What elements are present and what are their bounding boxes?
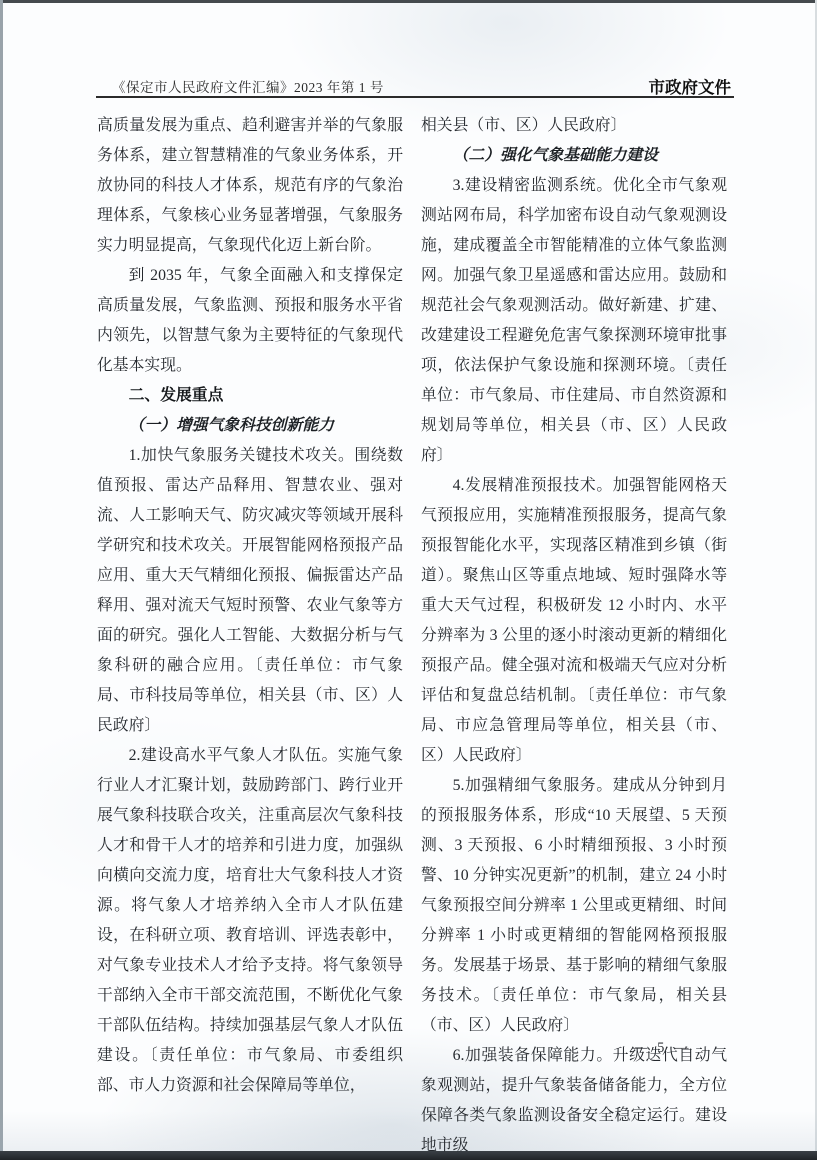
- subsection-heading-sci-tech-innovation: （一）增强气象科技创新能力: [97, 411, 403, 441]
- paragraph-item6-equipment-support: 6.加强装备保障能力。升级迭代自动气象观测站，提升气象装备储备能力，全方位保障各…: [421, 1041, 727, 1160]
- header-divider-line: [96, 96, 734, 98]
- paragraph-item1-key-technology: 1.加快气象服务关键技术攻关。围绕数值预报、雷达产品释用、智慧农业、强对流、人工…: [97, 441, 403, 741]
- header-document-category: 市政府文件: [649, 74, 732, 98]
- paragraph-2035-goal: 到 2035 年，气象全面融入和支撑保定高质量发展，气象监测、预报和服务水平省内…: [97, 261, 403, 381]
- scan-edge-left: [0, 0, 3, 1160]
- scan-edge-top: [0, 0, 817, 3]
- paragraph-item5-fine-services: 5.加强精细气象服务。建成从分钟到月的预报服务体系，形成“10 天展望、5 天预…: [421, 771, 727, 1041]
- header-compilation-title: 《保定市人民政府文件汇编》2023 年第 1 号: [112, 76, 384, 96]
- section-heading-development-priorities: 二、发展重点: [97, 381, 403, 411]
- paragraph-item4-precise-forecast: 4.发展精准预报技术。加强智能网格天气预报应用，实施精准预报服务，提高气象预报智…: [421, 471, 727, 771]
- paragraph-continuation-responsible-units: 相关县（市、区）人民政府〕: [421, 111, 727, 141]
- text-column-left: 高质量发展为重点、趋利避害并举的气象服务体系，建立智慧精准的气象业务体系，开放协…: [97, 111, 403, 1101]
- paragraph-item3-monitoring-system: 3.建设精密监测系统。优化全市气象观测站网布局，科学加密布设自动气象观测设施，建…: [421, 171, 727, 471]
- text-column-right: 相关县（市、区）人民政府〕 （二）强化气象基础能力建设 3.建设精密监测系统。优…: [421, 111, 727, 1160]
- paragraph-item2-talent-team: 2.建设高水平气象人才队伍。实施气象行业人才汇聚计划，鼓励跨部门、跨行业开展气象…: [97, 741, 403, 1101]
- page-number: — 5 —: [633, 1040, 692, 1057]
- subsection-heading-basic-capacity: （二）强化气象基础能力建设: [421, 141, 727, 171]
- scanned-document-page: 《保定市人民政府文件汇编》2023 年第 1 号 市政府文件 高质量发展为重点、…: [0, 0, 817, 1160]
- paragraph-continuation-service-system: 高质量发展为重点、趋利避害并举的气象服务体系，建立智慧精准的气象业务体系，开放协…: [97, 111, 403, 261]
